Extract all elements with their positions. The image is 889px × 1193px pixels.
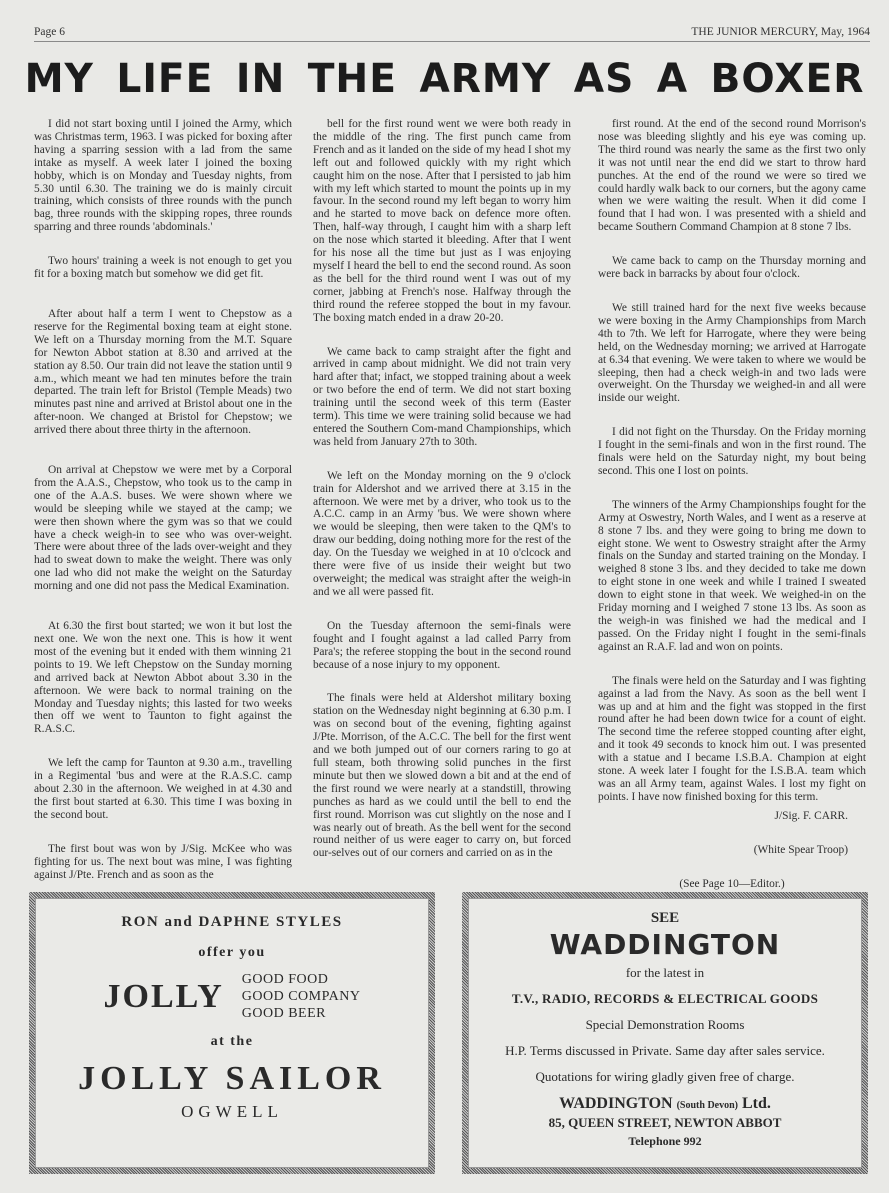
- paragraph: I did not start boxing until I joined th…: [34, 118, 292, 234]
- paragraph: The first bout was won by J/Sig. McKee w…: [34, 843, 292, 882]
- article-column-1: I did not start boxing until I joined th…: [34, 118, 292, 903]
- page-header: Page 6 THE JUNIOR MERCURY, May, 1964: [34, 26, 870, 42]
- ad-good-item: GOOD FOOD: [242, 971, 361, 988]
- ad-tagline: for the latest in: [468, 965, 862, 981]
- ad-proprietors: RON and DAPHNE STYLES: [35, 914, 429, 931]
- paragraph: We came back to camp on the Thursday mor…: [598, 255, 866, 281]
- paragraph: I did not fight on the Thursday. On the …: [598, 426, 866, 478]
- ad-quotations: Quotations for wiring gladly given free …: [468, 1069, 862, 1085]
- paragraph: bell for the first round went we were bo…: [313, 118, 571, 325]
- publication-line: THE JUNIOR MERCURY, May, 1964: [691, 26, 870, 38]
- paragraph: On arrival at Chepstow we were met by a …: [34, 464, 292, 593]
- ad-region: (South Devon): [677, 1100, 738, 1111]
- paragraph: We came back to camp straight after the …: [313, 346, 571, 449]
- article-column-2: bell for the first round went we were bo…: [313, 118, 571, 881]
- paragraph: After about half a term I went to Chepst…: [34, 308, 292, 437]
- paragraph: We left on the Monday morning on the 9 o…: [313, 470, 571, 599]
- article-title: MY LIFE IN THE ARMY AS A BOXER: [9, 56, 880, 102]
- ad-good-item: GOOD COMPANY: [242, 988, 361, 1005]
- ad-shop-name: WADDINGTON: [468, 928, 862, 961]
- author-name: J/Sig. F. CARR.: [598, 810, 866, 823]
- ad-address: 85, QUEEN STREET, NEWTON ABBOT: [468, 1115, 862, 1131]
- ad-pub-place: OGWELL: [35, 1102, 429, 1122]
- paragraph: first round. At the end of the second ro…: [598, 118, 866, 234]
- paragraph: Two hours' training a week is not enough…: [34, 255, 292, 281]
- paragraph: We still trained hard for the next five …: [598, 302, 866, 405]
- ad-pub-name: JOLLY SAILOR: [35, 1060, 429, 1098]
- ad-terms: H.P. Terms discussed in Private. Same da…: [468, 1043, 862, 1059]
- ad-company-line: WADDINGTON (South Devon) Ltd.: [468, 1095, 862, 1113]
- page-number: Page 6: [34, 26, 65, 38]
- paragraph: At 6.30 the first bout started; we won i…: [34, 620, 292, 736]
- paragraph: The finals were held on the Saturday and…: [598, 675, 866, 804]
- ad-goods-list: GOOD FOOD GOOD COMPANY GOOD BEER: [242, 971, 361, 1022]
- ad-good-item: GOOD BEER: [242, 1005, 361, 1022]
- ad-jolly-row: JOLLY GOOD FOOD GOOD COMPANY GOOD BEER: [35, 971, 429, 1022]
- ad-jolly-word: JOLLY: [104, 978, 224, 1016]
- waddington-advert: SEE WADDINGTON for the latest in T.V., R…: [463, 893, 867, 1173]
- paragraph: The finals were held at Aldershot milita…: [313, 692, 571, 860]
- ad-see: SEE: [468, 910, 862, 927]
- jolly-sailor-advert: RON and DAPHNE STYLES offer you JOLLY GO…: [30, 893, 434, 1173]
- ad-telephone: Telephone 992: [468, 1134, 862, 1149]
- ad-ltd: Ltd.: [742, 1095, 771, 1112]
- ad-rooms: Special Demonstration Rooms: [468, 1017, 862, 1033]
- editor-note: (See Page 10—Editor.): [598, 878, 866, 891]
- ad-at-the: at the: [35, 1034, 429, 1050]
- paragraph: We left the camp for Taunton at 9.30 a.m…: [34, 757, 292, 822]
- ad-offer: offer you: [35, 945, 429, 961]
- ad-company: WADDINGTON: [559, 1095, 673, 1112]
- author-troop: (White Spear Troop): [598, 844, 866, 857]
- paragraph: On the Tuesday afternoon the semi-finals…: [313, 620, 571, 672]
- paragraph: The winners of the Army Championships fo…: [598, 499, 866, 654]
- ad-products: T.V., RADIO, RECORDS & ELECTRICAL GOODS: [468, 991, 862, 1007]
- article-column-3: first round. At the end of the second ro…: [598, 118, 866, 912]
